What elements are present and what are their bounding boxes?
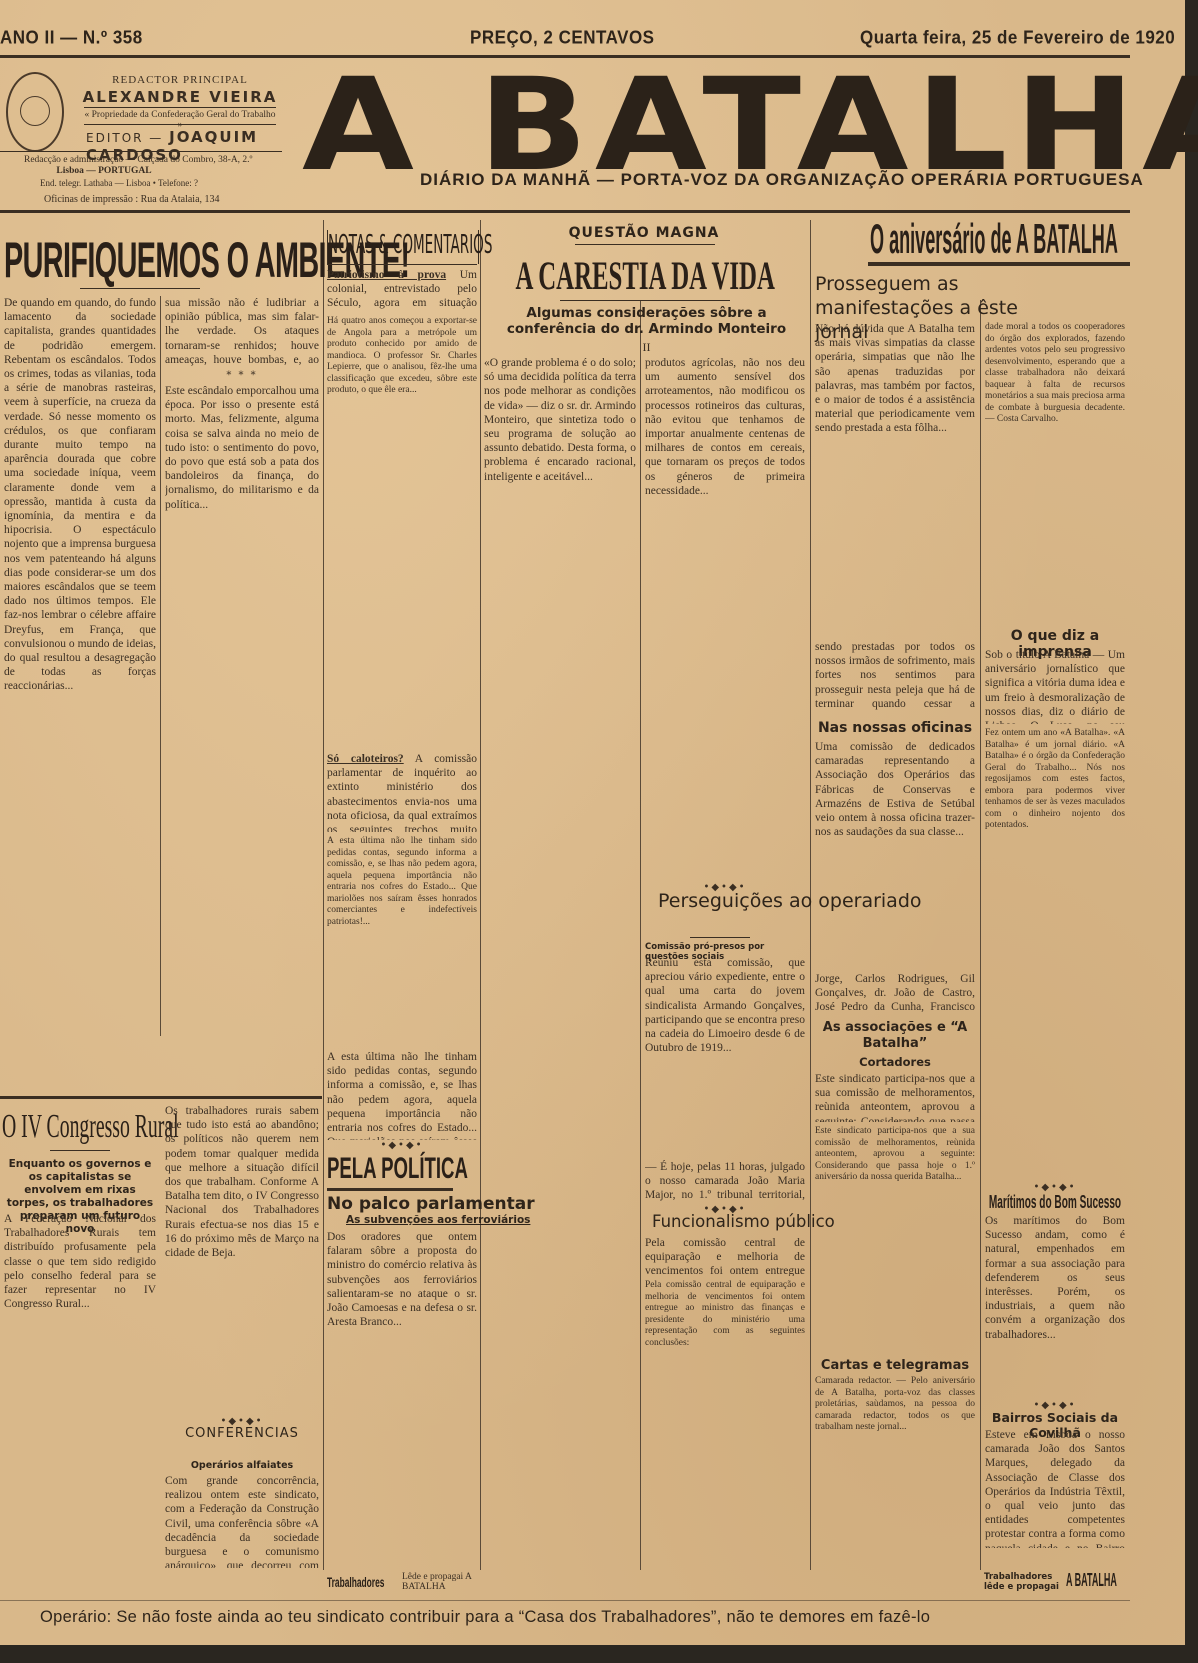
pela-politica-title: No palco parlamentar: [327, 1194, 535, 1214]
divider: [327, 264, 477, 265]
divider: [575, 244, 715, 245]
carestia-col1: «O grande problema é o do solo; só uma d…: [484, 356, 636, 886]
notas-header: NOTAS & COMENTARIOS: [328, 230, 406, 260]
perseguicoes-text: Reùniu esta comissão, que apreciou vário…: [645, 956, 805, 1166]
perseguicoes-end: — É hoje, pelas 11 horas, julgado o noss…: [645, 1160, 805, 1204]
column-rule: [640, 300, 641, 1570]
carestia-kicker: QUESTÃO MAGNA: [484, 225, 804, 241]
article-purifiquemos-col2: sua missão não é ludibriar a opinião púb…: [165, 296, 319, 366]
pela-politica-text: Dos oradores que ontem falaram sôbre a p…: [327, 1230, 477, 1570]
carestia-part: II: [484, 340, 809, 355]
notas-item-2-end: A esta última não lhe tinham sido pedida…: [327, 1050, 477, 1140]
redactor-name: ALEXANDRE VIEIRA: [82, 88, 278, 106]
promo2-title: A BATALHA: [1066, 1570, 1117, 1591]
aniversario-closing: sendo prestadas por todos os nossos irmã…: [815, 640, 975, 710]
associacoes-names: Jorge, Carlos Rodrigues, Gil Gonçalves, …: [815, 972, 975, 1016]
congresso-headline: O IV Congresso Rural: [2, 1108, 179, 1146]
divider: [84, 124, 276, 125]
column-rule: [480, 220, 481, 1570]
divider: [80, 288, 200, 289]
pela-politica-header: PELA POLÍTICA: [327, 1152, 468, 1186]
carestia-headline: A CARESTIA DA VIDA: [484, 252, 806, 299]
pela-politica-subtitle: As subvenções aos ferroviários: [346, 1214, 530, 1226]
notas-item-2: Só caloteiros? A comissão parlamentar de…: [327, 752, 477, 832]
carestia-col2: produtos agrícolas, não nos deu um aumen…: [645, 356, 805, 876]
notas-item-1-title: Patriotismo à prova: [327, 269, 446, 281]
cgt-seal-icon: [6, 72, 64, 152]
notas-item-2-title: Só caloteiros?: [327, 753, 404, 765]
notas-box: NOTAS & COMENTARIOS: [327, 230, 479, 264]
column-rule: [160, 296, 161, 1036]
address-line-1: Redacção e administração — Calçada do Co…: [24, 155, 284, 165]
notas-item-2-fine: A esta última não lhe tinham sido pedida…: [327, 836, 477, 1048]
notas-item-1-fine: Há quatro anos começou a exportar-se de …: [327, 316, 477, 746]
column-rule: [323, 220, 324, 1570]
promo-box: Trabalhadores Lêde e propagai A BATALHA: [327, 1572, 477, 1596]
aniversario-headline: O aniversário de A BATALHA: [870, 215, 1118, 263]
issue-number: ANO II — N.º 358: [0, 27, 143, 49]
funcionalismo-fine: Pela comissão central de equiparação e m…: [645, 1280, 805, 1570]
conferencias-subheader: Operários alfaiates: [165, 1460, 319, 1471]
divider: [0, 1600, 1130, 1601]
promo-label: Trabalhadores: [327, 1574, 384, 1590]
cartas-header: Cartas e telegramas: [815, 1358, 975, 1373]
divider: [0, 210, 1130, 213]
associacoes-header: As associações e “A Batalha”: [815, 1020, 975, 1052]
imprensa-text: Sob o título A Batalha — Um aniversário …: [985, 648, 1125, 724]
funcionalismo-header: Funcionalismo público: [652, 1212, 835, 1231]
congresso-text: A Federação Nacional dos Trabalhadores R…: [4, 1212, 156, 1552]
divider: [0, 151, 282, 152]
price: PREÇO, 2 CENTAVOS: [470, 27, 655, 49]
oficinas-text: Uma comissão de dedicados camaradas repr…: [815, 740, 975, 975]
editor-label: EDITOR —: [86, 131, 163, 145]
promo-text: Lêde e propagai A BATALHA: [402, 1572, 477, 1592]
maritimos-text: Os marítimos do Bom Sucesso andam, como …: [985, 1214, 1125, 1400]
notas-item-1: Patriotismo à prova Um colonial, entrevi…: [327, 268, 477, 312]
associacoes-fine: Este sindicato participa-nos que a sua c…: [815, 1126, 975, 1336]
divider: [560, 300, 730, 301]
cartas-text: Camarada redactor. — Pelo aniversário de…: [815, 1376, 975, 1566]
congresso-col2: Os trabalhadores rurais sabem que tudo i…: [165, 1104, 319, 1404]
bottom-banner: Operário: Se não foste ainda ao teu sind…: [40, 1608, 930, 1627]
carestia-deck: Algumas considerações sôbre a conferênci…: [484, 305, 809, 337]
masthead-subtitle: DIÁRIO DA MANHÃ — PORTA-VOZ DA ORGANIZAÇ…: [420, 170, 1144, 190]
covilha-text: Esteve em Lisboa o nosso camarada João d…: [985, 1428, 1125, 1548]
aniversario-fine: dade moral a todos os cooperadores do ór…: [985, 322, 1125, 622]
imprensa-fine: Fez ontem um ano «A Batalha». «A Batalha…: [985, 728, 1125, 1128]
funcionalismo-text: Pela comissão central de equiparação e m…: [645, 1236, 805, 1276]
column-rule: [980, 300, 981, 1570]
date: Quarta feira, 25 de Fevereiro de 1920: [860, 27, 1175, 49]
ownership-note: « Propriedade da Confederação Geral do T…: [82, 110, 278, 130]
address-line-4: Oficinas de impressão : Rua da Atalaia, …: [44, 194, 284, 205]
conferencias-text: Com grande concorrência, realizou ontem …: [165, 1474, 319, 1568]
article-purifiquemos-col2b: Este escândalo emporcalhou uma época. Po…: [165, 384, 319, 1034]
ornament: •◆•◆•: [327, 1140, 477, 1151]
oficinas-header: Nas nossas oficinas: [815, 720, 975, 736]
divider: [84, 107, 276, 108]
conferencias-header: CONFERENCIAS: [165, 1426, 319, 1441]
promo2-label: Trabalhadores lêde e propagai: [984, 1572, 1064, 1592]
maritimos-header: Marítimos do Bom Sucesso: [985, 1192, 1125, 1213]
associacoes-subheader: Cortadores: [815, 1055, 975, 1069]
divider: [868, 262, 1130, 266]
divider: [50, 1150, 110, 1151]
divider: [327, 1188, 453, 1191]
divider: [690, 937, 750, 938]
address-line-2: Lisboa — PORTUGAL: [24, 166, 184, 176]
address-line-3: End. telegr. Lathaba — Lisboa • Telefone…: [40, 178, 280, 188]
redactor-label: REDACTOR PRINCIPAL: [85, 74, 275, 86]
associacoes-text: Este sindicato participa-nos que a sua c…: [815, 1072, 975, 1122]
section-mark: * * *: [165, 370, 319, 381]
aniversario-text: Não há dúvida que A Batalha tem as mais …: [815, 322, 975, 642]
divider: [0, 1096, 322, 1099]
article-purifiquemos-col1: De quando em quando, do fundo lamacento …: [4, 296, 156, 1036]
newspaper-page: ANO II — N.º 358 PREÇO, 2 CENTAVOS Quart…: [0, 0, 1185, 1645]
promo-box-2: Trabalhadores lêde e propagai A BATALHA: [984, 1570, 1134, 1598]
